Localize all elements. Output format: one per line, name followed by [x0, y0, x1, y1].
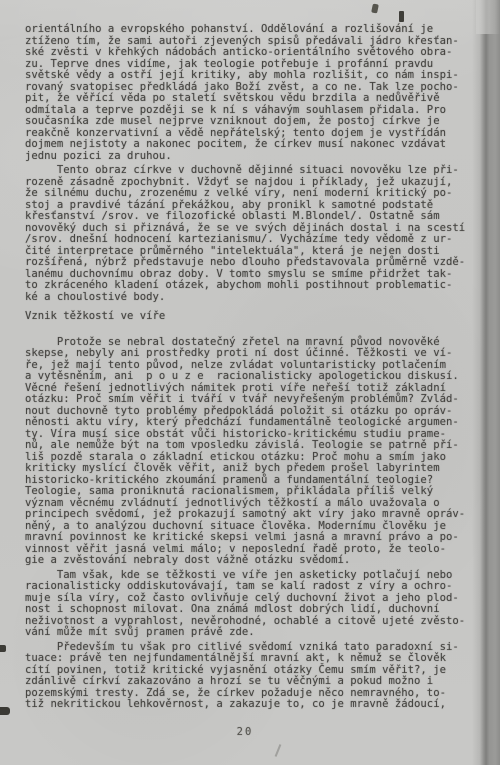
paragraph: Tam však, kde se těžkosti ve víře jen as… — [25, 570, 481, 639]
text-line: a vytěsněním, ani p o u z e racionalisti… — [25, 371, 481, 383]
text-line: tuace: právě ten nejfundamentálnější mra… — [25, 653, 481, 665]
text-line: dojmem nejistoty a nakonec pocitem, že c… — [25, 139, 481, 151]
text-line: křesťanství /srov. ve filozofické oblast… — [25, 211, 481, 223]
text-line: jednu pozici za druhou. — [25, 151, 481, 163]
text-line: orientálního a evropského pohanství. Odd… — [25, 24, 481, 36]
text-line: nů, ale nemůže být na tom vposledku závi… — [25, 440, 481, 452]
scan-right-edge-shadow — [472, 0, 500, 765]
scanned-page: orientálního a evropského pohanství. Odd… — [0, 0, 500, 765]
text-line: otázku: Proč smím věřit i tváří v tvář n… — [25, 394, 481, 406]
text-line: kriticky myslící člověk věřit, aniž bych… — [25, 463, 481, 475]
scan-right-edge-fade — [476, 0, 500, 34]
paragraph: Především tu však pro citlivé svědomí vz… — [25, 642, 481, 711]
text-line: něnosti aktu víry, který předchází funda… — [25, 417, 481, 429]
text-line: mravní povinnost ke kritické skepsi velm… — [25, 532, 481, 544]
text-line: skepse, nebyly ani prostředky proti ní d… — [25, 348, 481, 360]
pencil-stray-mark — [275, 744, 282, 757]
ink-smudge-mark — [371, 3, 379, 13]
text-line: Teologie, sama proniknutá racionalismem,… — [25, 486, 481, 498]
text-line: gie a zvěstování nebraly dost vážně otáz… — [25, 555, 481, 567]
text-line: ské zvěsti v křehkých nádobách anticko-o… — [25, 47, 481, 59]
paragraph: Tento obraz církve v duchovně dějinné si… — [25, 165, 481, 303]
text-line: Tento obraz církve v duchovně dějinné si… — [25, 165, 481, 177]
text-line: tiž nekritickou lehkověrnost, a zakazuje… — [25, 699, 481, 711]
ink-smudge-mark — [399, 11, 404, 22]
text-line: světské vědy a ostří její kritiky, aby m… — [25, 70, 481, 82]
text-line: současníka zde musel nejprve vzniknout d… — [25, 116, 481, 128]
text-line: /srov. dnešní hodnocení kartezianismu/. … — [25, 234, 481, 246]
text-line: vání může mít svůj pramen právě zde. — [25, 627, 481, 639]
text-line: racionalisticky oddiskutovávají, tam se … — [25, 581, 481, 593]
paragraph: Protože se nebral dostatečný zřetel na m… — [25, 337, 481, 567]
text-line: rozšířená, nýbrž představuje nebo dlouho… — [25, 257, 481, 269]
page-number: 20 — [0, 726, 490, 738]
edge-ink-mark — [0, 707, 10, 715]
text-line: pit, že věřící věda po staletí světskou … — [25, 93, 481, 105]
section-heading: Vznik těžkostí ve víře — [25, 311, 481, 323]
text-line: zdánlivě církví zakazováno a hrozí se tu… — [25, 676, 481, 688]
text-line: ké a choulostivé body. — [25, 292, 481, 304]
text-line: principech svědomí, jež prokazují samotn… — [25, 509, 481, 521]
text-line: že silnému duchu, zrozenému z velké víry… — [25, 188, 481, 200]
edge-ink-mark — [0, 645, 6, 652]
paragraph: orientálního a evropského pohanství. Odd… — [25, 24, 481, 162]
text-line: Vznik těžkostí ve víře — [25, 311, 481, 323]
text-line: to zkráceného kladení otázek, abychom mo… — [25, 280, 481, 292]
text-line: nost i schopnost milovat. Ona známá mdlo… — [25, 604, 481, 616]
page-text-column: orientálního a evropského pohanství. Odd… — [25, 24, 481, 714]
